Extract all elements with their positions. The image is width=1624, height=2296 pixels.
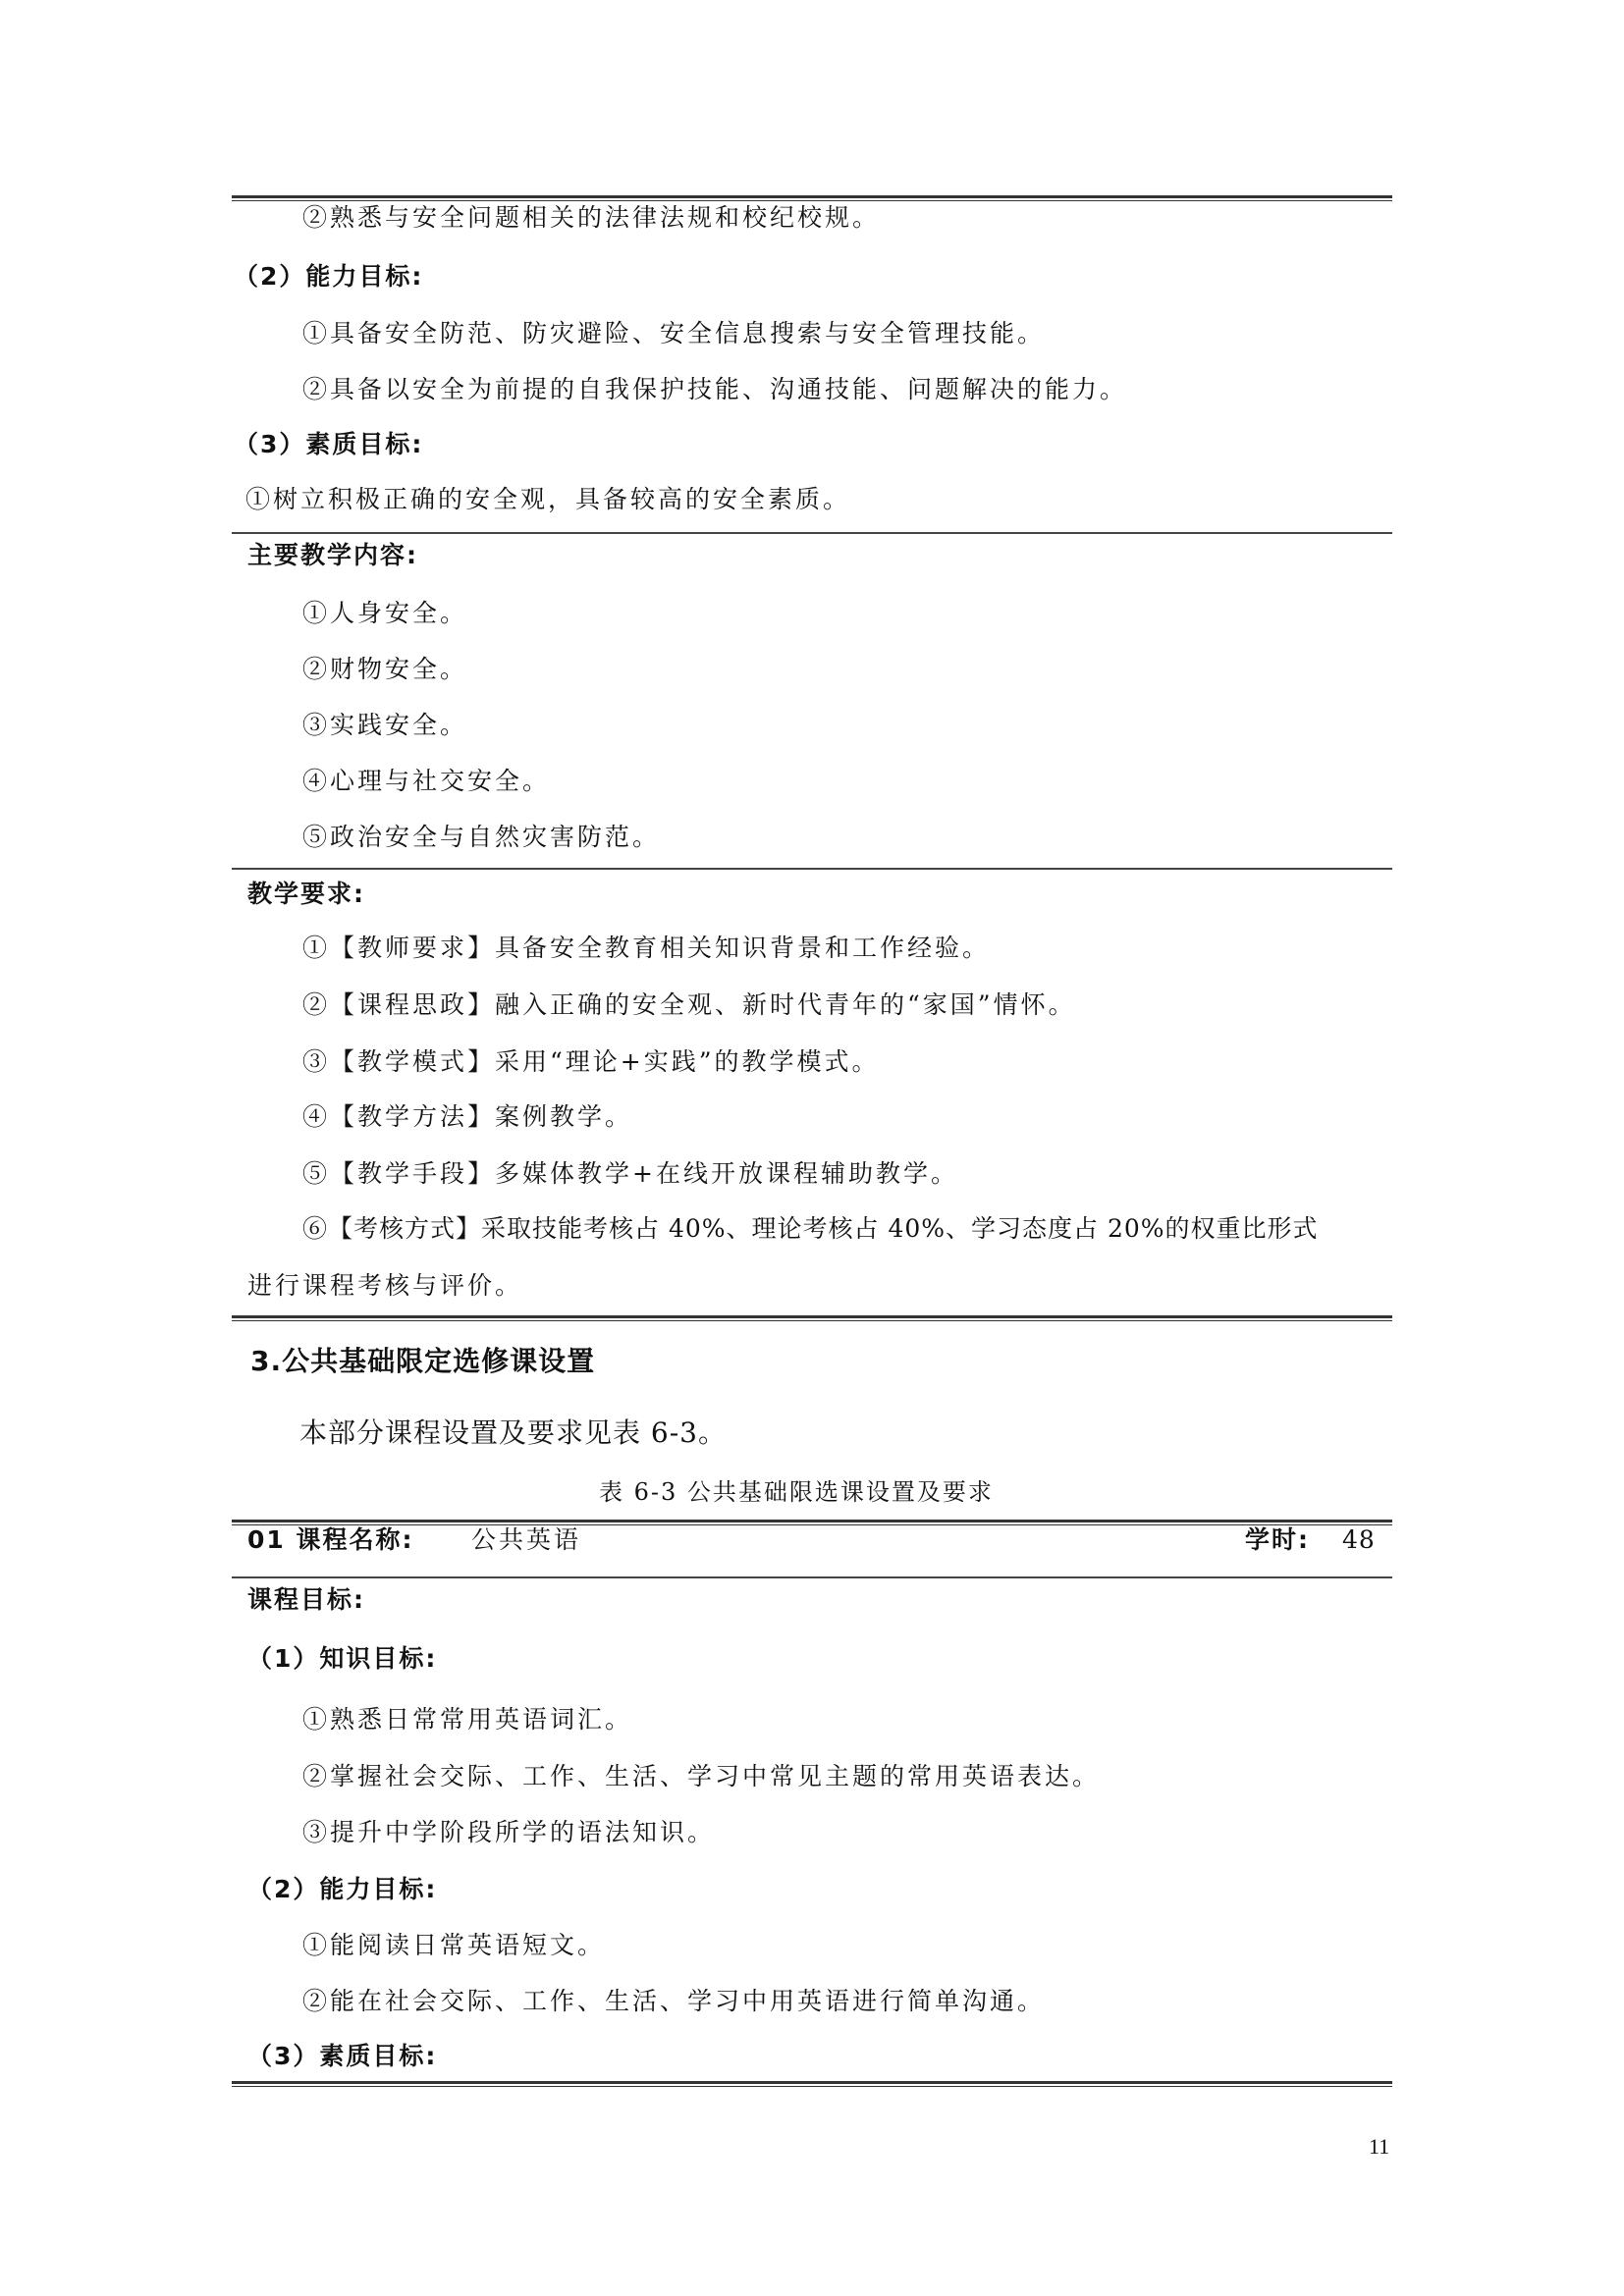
ability-goal-item: ①具备安全防范、防灾避险、安全信息搜索与安全管理技能。 <box>302 318 1045 349</box>
requirement-item: ④【教学方法】案例教学。 <box>302 1101 632 1133</box>
quality-goal-item: ①树立积极正确的安全观，具备较高的安全素质。 <box>245 484 850 515</box>
ability-goals-label: （2）能力目标: <box>247 1874 437 1905</box>
section-heading: 3.公共基础限定选修课设置 <box>250 1344 595 1379</box>
course-number-label: 01 课程名称: <box>247 1524 414 1556</box>
table-top-rule <box>232 1520 1392 1522</box>
course-goals-label: 课程目标: <box>247 1584 365 1616</box>
knowledge-goal-item: ②熟悉与安全问题相关的法律法规和校纪校规。 <box>302 202 880 234</box>
ability-goal-item: ②具备以安全为前提的自我保护技能、沟通技能、问题解决的能力。 <box>302 374 1127 405</box>
section-intro: 本部分课程设置及要求见表 6-3。 <box>299 1415 727 1451</box>
main-content-label: 主要教学内容: <box>247 540 418 571</box>
course-hours-value: 48 <box>1342 1524 1376 1556</box>
content-item: ⑤政治安全与自然灾害防范。 <box>302 822 660 853</box>
requirement-item: ⑤【教学手段】多媒体教学+在线开放课程辅助教学。 <box>302 1158 958 1190</box>
knowledge-goal-item: ③提升中学阶段所学的语法知识。 <box>302 1817 715 1848</box>
requirement-item: ⑥【考核方式】采取技能考核占 40%、理论考核占 40%、学习态度占 20%的权… <box>302 1213 1319 1245</box>
ability-goal-item: ①能阅读日常英语短文。 <box>302 1930 605 1961</box>
section-divider <box>232 532 1392 534</box>
quality-goals-label: （3）素质目标: <box>247 2041 437 2072</box>
requirement-item: ①【教师要求】具备安全教育相关知识背景和工作经验。 <box>302 933 990 964</box>
page-bottom-rule <box>232 2081 1392 2084</box>
ability-goal-item: ②能在社会交际、工作、生活、学习中用英语进行简单沟通。 <box>302 1986 1045 2017</box>
course-hours-label: 学时: <box>1245 1524 1310 1556</box>
content-item: ②财物安全。 <box>302 654 467 685</box>
quality-goals-label: （3）素质目标: <box>234 429 423 460</box>
knowledge-goal-item: ②掌握社会交际、工作、生活、学习中常见主题的常用英语表达。 <box>302 1761 1100 1792</box>
table-top-rule-thin <box>232 200 1392 201</box>
requirement-item-wrap: 进行课程考核与评价。 <box>247 1270 522 1302</box>
knowledge-goals-label: （1）知识目标: <box>247 1643 437 1675</box>
row-divider <box>232 1576 1392 1578</box>
table-top-rule <box>232 195 1392 198</box>
requirement-item: ②【课程思政】融入正确的安全观、新时代青年的“家国”情怀。 <box>302 989 1076 1021</box>
knowledge-goal-item: ①熟悉日常常用英语词汇。 <box>302 1704 632 1735</box>
table-caption: 表 6-3 公共基础限选课设置及要求 <box>599 1476 994 1508</box>
page-bottom-rule-thin <box>232 2086 1392 2087</box>
table-bottom-rule <box>232 1315 1392 1318</box>
table-bottom-rule-thin <box>232 1320 1392 1321</box>
page-number: 11 <box>1369 2131 1389 2163</box>
content-item: ④心理与社交安全。 <box>302 766 550 797</box>
content-item: ③实践安全。 <box>302 710 467 741</box>
course-name: 公共英语 <box>471 1524 581 1556</box>
content-item: ①人身安全。 <box>302 598 467 629</box>
ability-goals-label: （2）能力目标: <box>234 261 423 293</box>
requirement-item: ③【教学模式】采用“理论+实践”的教学模式。 <box>302 1046 880 1078</box>
teaching-requirements-label: 教学要求: <box>247 879 365 910</box>
section-divider <box>232 868 1392 870</box>
